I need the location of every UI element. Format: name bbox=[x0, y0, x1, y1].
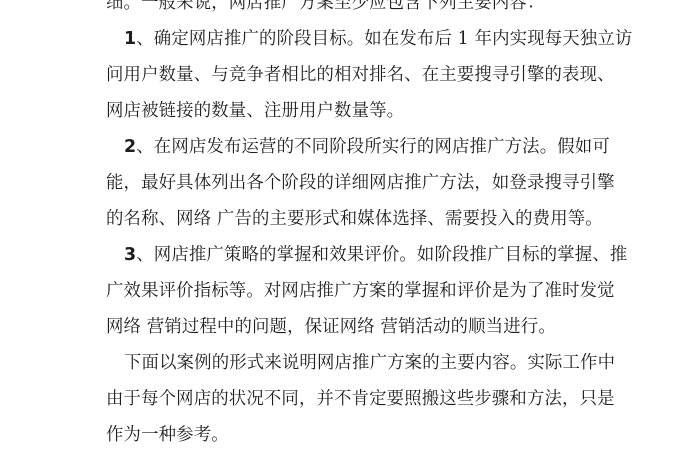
closing-line-2: 由于每个网店的状况不同，并不肯定要照搬这些步骤和方法，只是 bbox=[106, 381, 598, 417]
item-text: 、在网店发布运营的不同阶段所实行的网店推广方法。假如可 bbox=[136, 137, 610, 157]
closing-line-1: 下面以案例的形式来说明网店推广方案的主要内容。实际工作中 bbox=[106, 345, 598, 381]
item-2-line-2: 能，最好具体列出各个阶段的详细网店推广方法，如登录搜寻引擎 bbox=[106, 165, 598, 201]
item-text: 、确定网店推广的阶段目标。如在发布后 1 年内实现每天独立访 bbox=[136, 29, 632, 49]
item-3-line-3: 网络 营销过程中的问题，保证网络 营销活动的顺当进行。 bbox=[106, 309, 598, 345]
item-2: 2、在网店发布运营的不同阶段所实行的网店推广方法。假如可 能，最好具体列出各个阶… bbox=[106, 129, 598, 237]
closing-line-3: 作为一种参考。 bbox=[106, 417, 598, 453]
closing-paragraph: 下面以案例的形式来说明网店推广方案的主要内容。实际工作中 由于每个网店的状况不同… bbox=[106, 345, 598, 453]
item-2-line-1: 2、在网店发布运营的不同阶段所实行的网店推广方法。假如可 bbox=[106, 129, 598, 165]
item-number: 3 bbox=[124, 245, 136, 265]
document-page: 细。一般来说，网店推广方案至少应包含下列主要内容： 1、确定网店推广的阶段目标。… bbox=[106, 0, 598, 453]
intro-line: 细。一般来说，网店推广方案至少应包含下列主要内容： bbox=[106, 0, 598, 21]
item-3-line-1: 3、网店推广策略的掌握和效果评价。如阶段推广目标的掌握、推 bbox=[106, 237, 598, 273]
item-1-line-3: 网店被链接的数量、注册用户数量等。 bbox=[106, 93, 598, 129]
item-1-line-1: 1、确定网店推广的阶段目标。如在发布后 1 年内实现每天独立访 bbox=[106, 21, 598, 57]
item-number: 1 bbox=[124, 29, 136, 49]
item-3-line-2: 广效果评价指标等。对网店推广方案的掌握和评价是为了准时发觉 bbox=[106, 273, 598, 309]
item-1-line-2: 问用户数量、与竞争者相比的相对排名、在主要搜寻引擎的表现、 bbox=[106, 57, 598, 93]
item-text: 、网店推广策略的掌握和效果评价。如阶段推广目标的掌握、推 bbox=[136, 245, 627, 265]
item-number: 2 bbox=[124, 137, 136, 157]
item-2-line-3: 的名称、网络 广告的主要形式和媒体选择、需要投入的费用等。 bbox=[106, 201, 598, 237]
item-1: 1、确定网店推广的阶段目标。如在发布后 1 年内实现每天独立访 问用户数量、与竞… bbox=[106, 21, 598, 129]
item-3: 3、网店推广策略的掌握和效果评价。如阶段推广目标的掌握、推 广效果评价指标等。对… bbox=[106, 237, 598, 345]
